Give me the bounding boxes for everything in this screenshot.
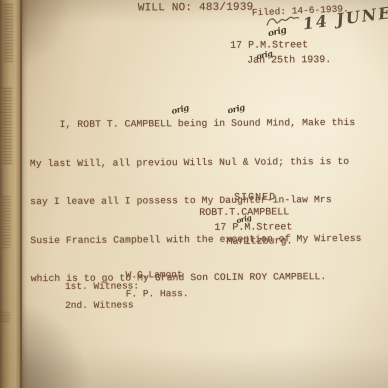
body-line: I, ROBT T. CAMPBELL being in Sound Mind,… (30, 117, 361, 136)
witness-row: 2nd. Witness F. P. Hass. (31, 288, 134, 333)
witness-name: W.G.Lamont (126, 269, 183, 280)
witness-label: 2nd. Witness (65, 299, 133, 310)
signed-label: SIGNED (234, 192, 276, 203)
will-number: WILL NO: 483/1939 (138, 2, 254, 15)
witness-name: F. P. Hass. (126, 288, 189, 299)
will-page: 14 JUNE 1939 WILL NO: 483/1939 Filed: 14… (0, 0, 388, 388)
body-line: My last Will, all previou Wills Nul & Vo… (30, 155, 361, 174)
body-line: say I leave all I possess to My Daughter… (30, 194, 361, 213)
dateline-date: Jan 25th 1939. (247, 55, 331, 67)
will-document-photo: 14 JUNE 1939 WILL NO: 483/1939 Filed: 14… (0, 0, 388, 388)
testator-city: Maritzburg. (226, 236, 292, 247)
testator-address: 17 P.M.Street (214, 222, 292, 234)
body-line: Susie Francis Campbell with the exceptio… (30, 233, 361, 252)
